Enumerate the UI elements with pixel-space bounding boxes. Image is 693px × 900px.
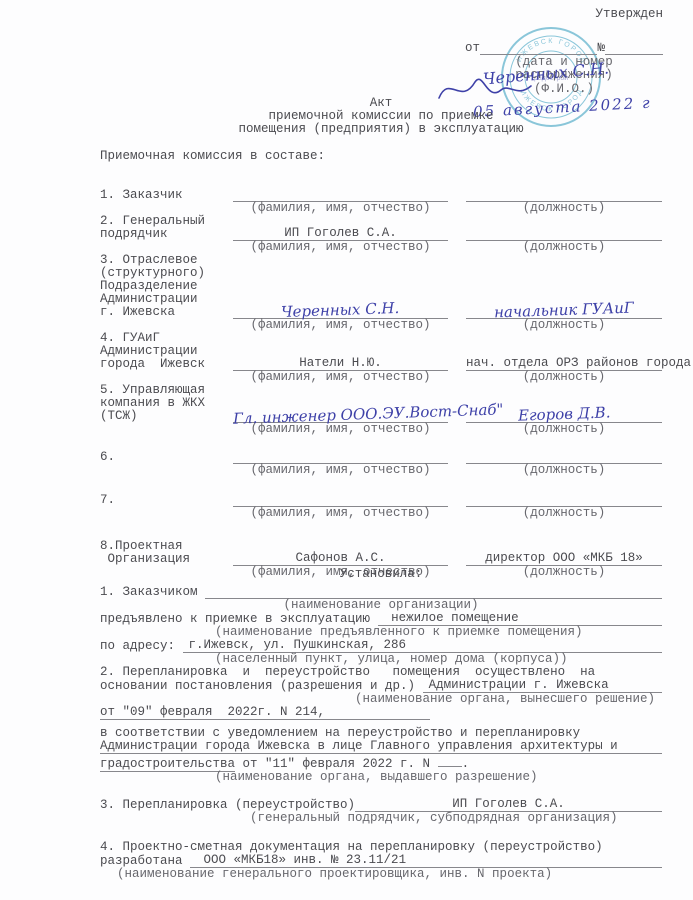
row-label: 7.	[100, 494, 215, 520]
name-caption: (фамилия, имя, отчество)	[233, 464, 448, 477]
contractor-caption: (генеральный подрядчик, субподрядная орг…	[250, 812, 662, 825]
commission-row-management-company: 5. Управляющая компания в ЖКХ (ТСЖ) Гл. …	[100, 384, 662, 436]
resolution-authority: Администрации г. Ижевска	[423, 679, 662, 693]
commission-row-general-contractor: 2. Генеральный подрядчик ИП Гоголев С.А.…	[100, 215, 662, 254]
notification-line3-dot: .	[462, 757, 470, 771]
design-doc-line2: разработана ООО «МКБ18» инв. № 23.11/21	[100, 854, 662, 868]
commission-row-customer: 1. Заказчик (фамилия, имя, отчество) (до…	[100, 188, 662, 215]
scanned-act-document: ИЖЕВСК ГОРОД ИЖЕВСК ГОРОД градострои- Ут…	[0, 0, 693, 900]
notification-line2: Администрации города Ижевска в лице Глав…	[100, 740, 662, 754]
contractor-value: ИП Гоголев С.А.	[355, 798, 662, 812]
order-date-number-line: от №	[465, 41, 663, 55]
commission-list: 1. Заказчик (фамилия, имя, отчество) (до…	[100, 188, 662, 579]
contractor-line: 3. Перепланировка (переустройство) ИП Го…	[100, 798, 662, 812]
member-position-handwritten: начальник ГУАиГ	[466, 302, 662, 319]
commission-row-branch-division: 3. Отраслевое (структурного) Подразделен…	[100, 254, 662, 332]
member-name: Натели Н.Ю.	[233, 357, 448, 371]
commission-row-6: 6. (фамилия, имя, отчество) (должность)	[100, 450, 662, 477]
position-caption: (должность)	[466, 507, 662, 520]
member-position: директор ООО «МКБ 18»	[466, 552, 662, 566]
customer-org-blank	[205, 585, 662, 599]
row-label: 5. Управляющая компания в ЖКХ (ТСЖ)	[100, 384, 215, 436]
approved-label: Утвержден	[465, 8, 663, 21]
position-caption: (должность)	[466, 371, 662, 384]
notification-line3: градостроительства от "11" февраля 2022 …	[100, 754, 662, 771]
member-name	[233, 493, 448, 507]
member-name-handwritten: Черенных С.Н.	[233, 302, 448, 319]
established-heading: Установила:	[100, 568, 662, 581]
address-line: по адресу: г.Ижевск, ул. Пушкинская, 286	[100, 639, 662, 653]
organ1-caption: (наименование органа, вынесшего решение)	[355, 693, 662, 706]
org-caption: (наименование организации)	[100, 599, 662, 612]
customer-prefix: 1. Заказчиком	[100, 586, 205, 599]
premises-line: предъявлено к приемке в эксплуатацию неж…	[100, 612, 662, 626]
address-prefix: по адресу:	[100, 640, 183, 653]
member-name-handwritten: Гл. инженер ООО.ЭУ.Вост-Снаб"	[233, 406, 448, 423]
name-caption: (фамилия, имя, отчество)	[233, 202, 448, 215]
member-position	[466, 188, 662, 202]
notification-number-blank	[438, 754, 462, 767]
member-name	[233, 188, 448, 202]
name-caption: (фамилия, имя, отчество)	[233, 319, 448, 332]
commission-row-7: 7. (фамилия, имя, отчество) (должность)	[100, 493, 662, 520]
notification-line3-rest: от "11" февраля 2022 г. N	[235, 757, 438, 771]
position-caption: (должность)	[466, 202, 662, 215]
member-position	[466, 450, 662, 464]
row-label: 1. Заказчик	[100, 189, 215, 215]
designer-caption: (наименование генерального проектировщик…	[117, 868, 662, 881]
member-position	[466, 493, 662, 507]
member-position	[466, 227, 662, 241]
customer-line: 1. Заказчиком	[100, 585, 662, 599]
name-caption: (фамилия, имя, отчество)	[233, 507, 448, 520]
member-name: ИП Гоголев С.А.	[233, 227, 448, 241]
row-label: 6.	[100, 451, 215, 477]
designer-value: ООО «МКБ18» инв. № 23.11/21	[190, 854, 662, 868]
row-label: 2. Генеральный подрядчик	[100, 215, 215, 254]
position-caption: (должность)	[466, 423, 662, 436]
resolution-date-line: от "09" февраля 2022г. N 214,	[100, 706, 662, 720]
replanning-line2: основании постановления (разрешения и др…	[100, 679, 662, 693]
resolution-date: от "09" февраля 2022г. N 214,	[100, 706, 430, 720]
number-label: №	[597, 42, 605, 55]
established-section: Установила: 1. Заказчиком (наименование …	[100, 565, 662, 881]
position-caption: (должность)	[466, 464, 662, 477]
organ2-caption: (наименование органа, выдавшего разрешен…	[215, 771, 662, 784]
order-date-blank	[480, 41, 597, 55]
position-caption: (должность)	[466, 241, 662, 254]
premises-value: нежилое помещение	[378, 612, 662, 626]
commission-intro: Приемочная комиссия в составе:	[100, 150, 325, 163]
from-label: от	[465, 42, 480, 55]
address-value: г.Ижевск, ул. Пушкинская, 286	[183, 639, 662, 653]
title-line3: помещения (предприятия) в эксплуатацию	[100, 123, 662, 136]
name-caption: (фамилия, имя, отчество)	[233, 371, 448, 384]
document-title: Акт приемочной комиссии по приемке помещ…	[100, 97, 662, 136]
member-name: Сафонов А.С.	[233, 552, 448, 566]
order-number-blank	[605, 41, 663, 55]
member-name	[233, 450, 448, 464]
row-label: 4. ГУАиГ Администрации города Ижевск	[100, 332, 215, 384]
name-caption: (фамилия, имя, отчество)	[233, 241, 448, 254]
member-position: нач. отдела ОРЗ районов города	[466, 357, 662, 371]
row-label: 3. Отраслевое (структурного) Подразделен…	[100, 254, 215, 332]
commission-row-guaig: 4. ГУАиГ Администрации города Ижевск Нат…	[100, 332, 662, 384]
